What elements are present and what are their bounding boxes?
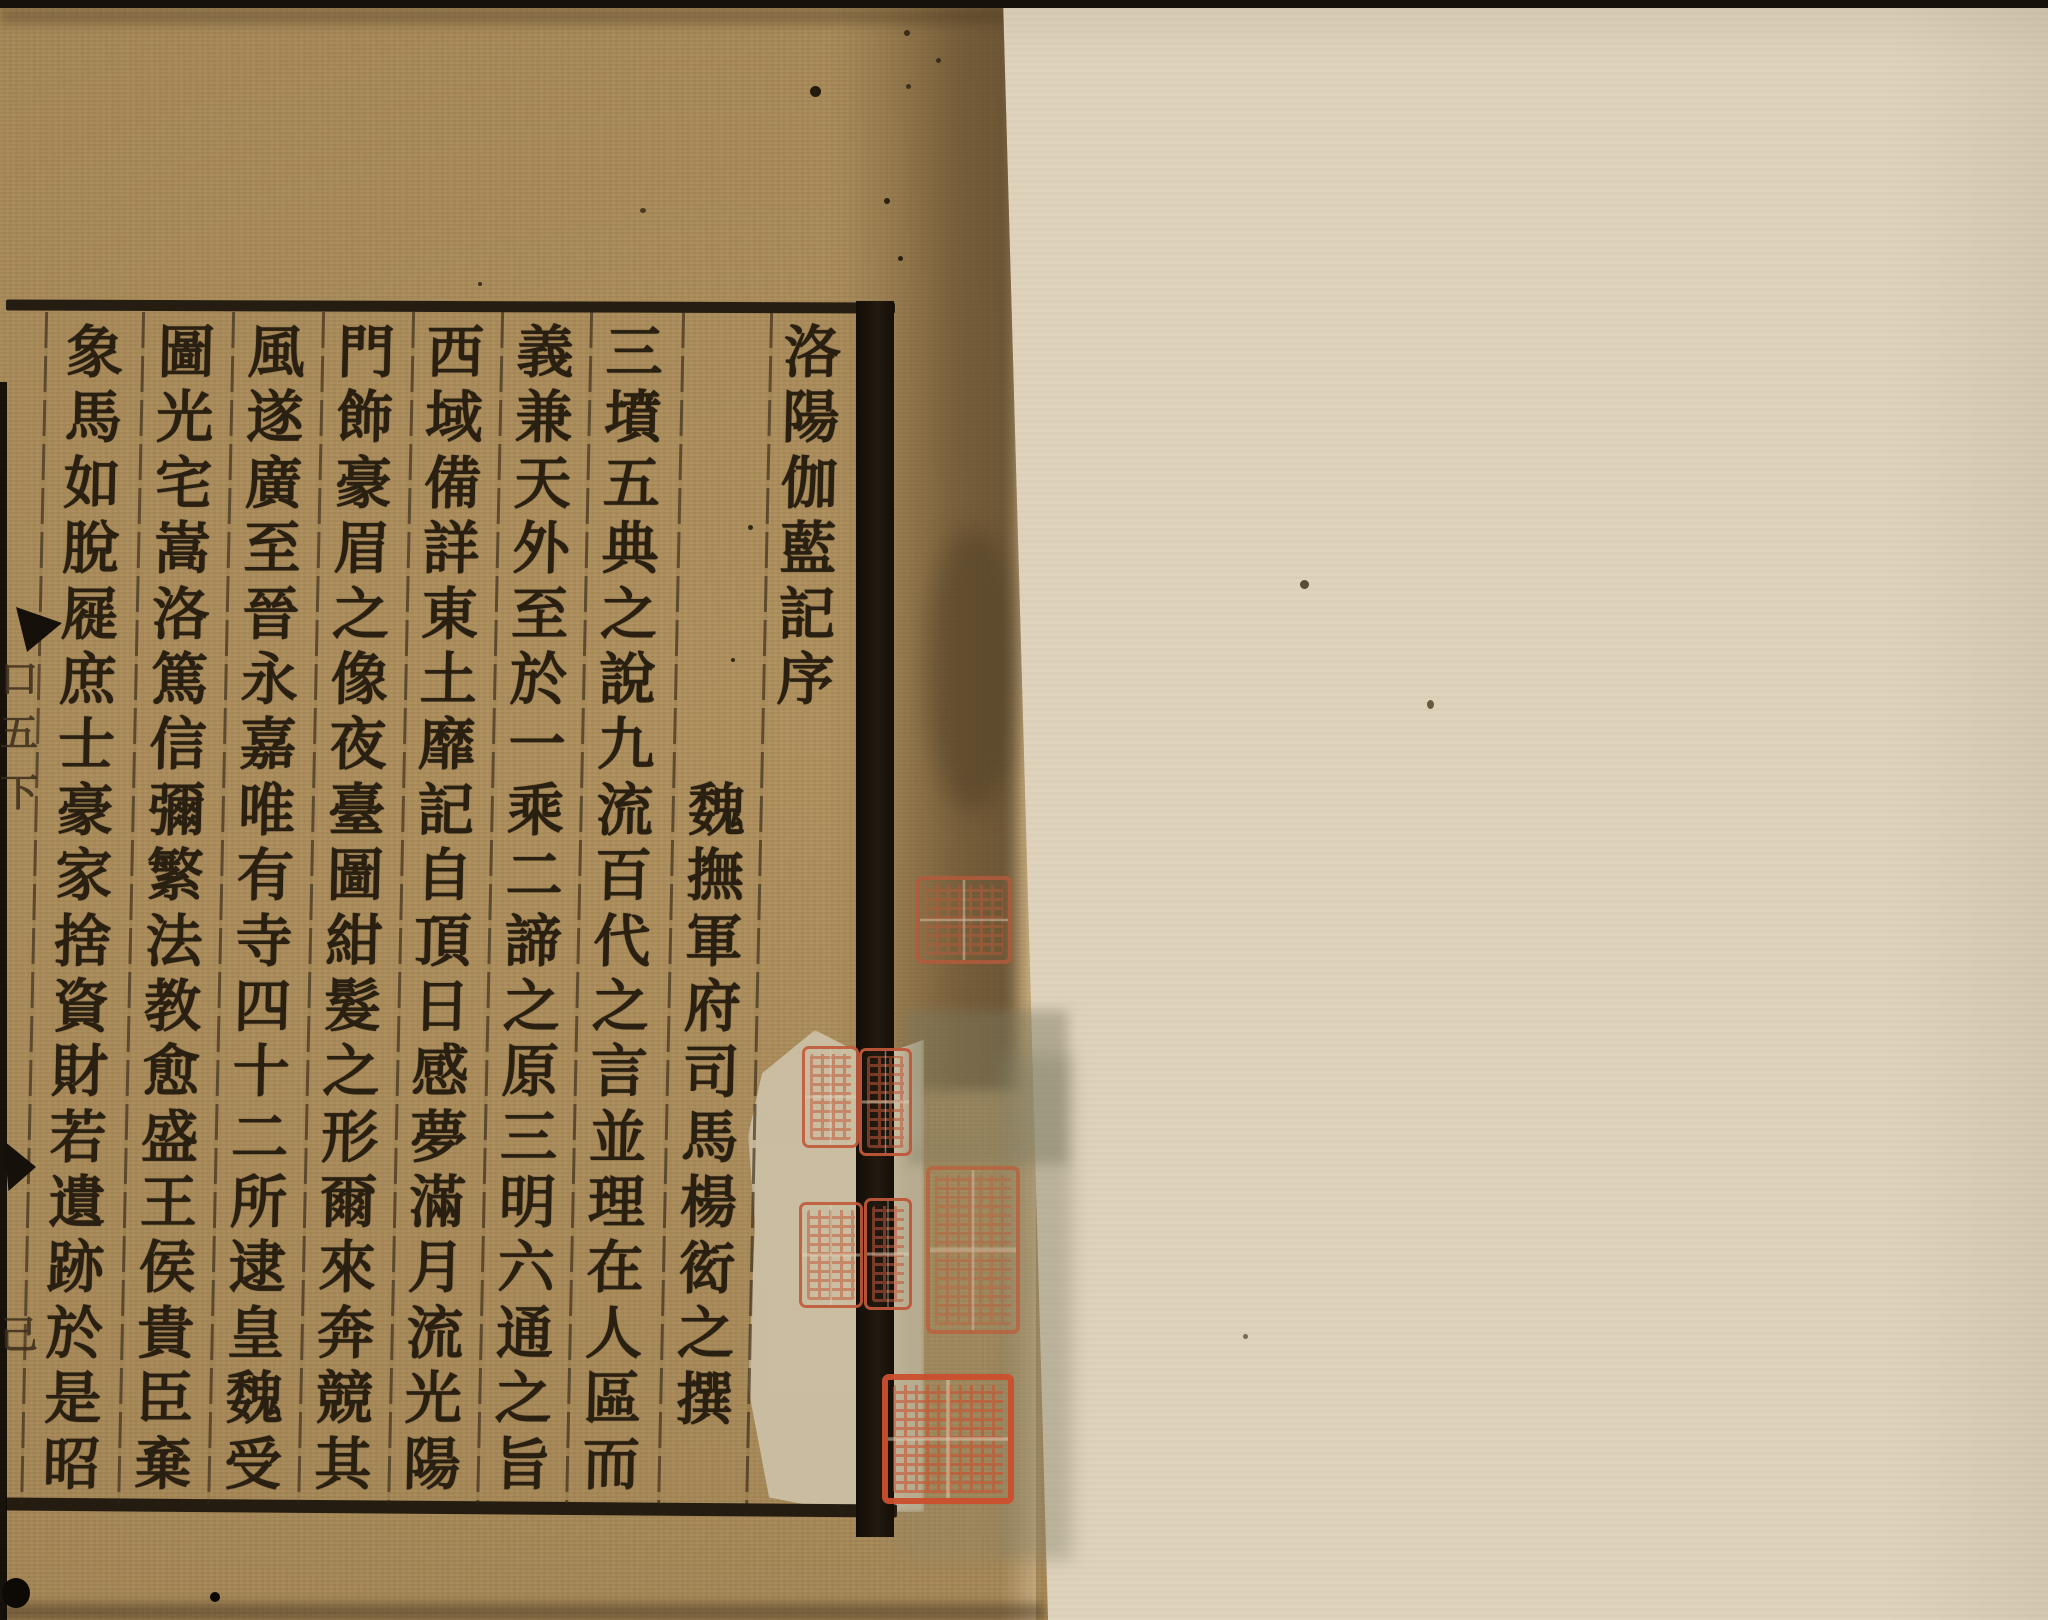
ink-speck [210, 1592, 220, 1602]
scan-edge-strip [0, 382, 7, 1620]
collector-seal-2 [802, 1046, 859, 1148]
text-block: 洛陽伽藍記序 魏撫軍府司馬楊衒之撰 三墳五典之說九流百代之言並理在人區而 義兼天… [0, 318, 2048, 1518]
under-leaf-character: 下 [0, 762, 42, 817]
under-leaf-character: 己 [0, 1304, 42, 1359]
collector-seal-3 [859, 1048, 912, 1156]
top-edge-shade [0, 8, 1010, 24]
ink-speck [810, 86, 821, 97]
collector-seal-7 [882, 1374, 1014, 1504]
collector-seal-5 [864, 1198, 912, 1310]
scan-top-edge [0, 0, 2048, 8]
under-leaf-character: 口 [0, 648, 42, 703]
ink-speck [904, 30, 910, 36]
collector-seal-1 [916, 876, 1012, 964]
under-leaf-character: 五 [0, 702, 42, 757]
collector-seal-6 [926, 1166, 1020, 1334]
ink-speck [640, 208, 646, 213]
text-column-title: 洛陽伽藍記序 [765, 320, 853, 712]
ink-speck [478, 282, 482, 286]
ink-speck [884, 198, 890, 204]
collector-seal-4 [799, 1202, 863, 1308]
book-scan: 洛陽伽藍記序 魏撫軍府司馬楊衒之撰 三墳五典之說九流百代之言並理在人區而 義兼天… [0, 0, 2048, 1620]
bottom-edge-shade [0, 1604, 1045, 1620]
ink-speck [936, 58, 941, 63]
ink-speck [898, 256, 903, 261]
ink-speck [906, 84, 911, 89]
ink-blob [2, 1578, 30, 1608]
text-column-author: 魏撫軍府司馬楊衒之撰 [662, 778, 760, 1432]
